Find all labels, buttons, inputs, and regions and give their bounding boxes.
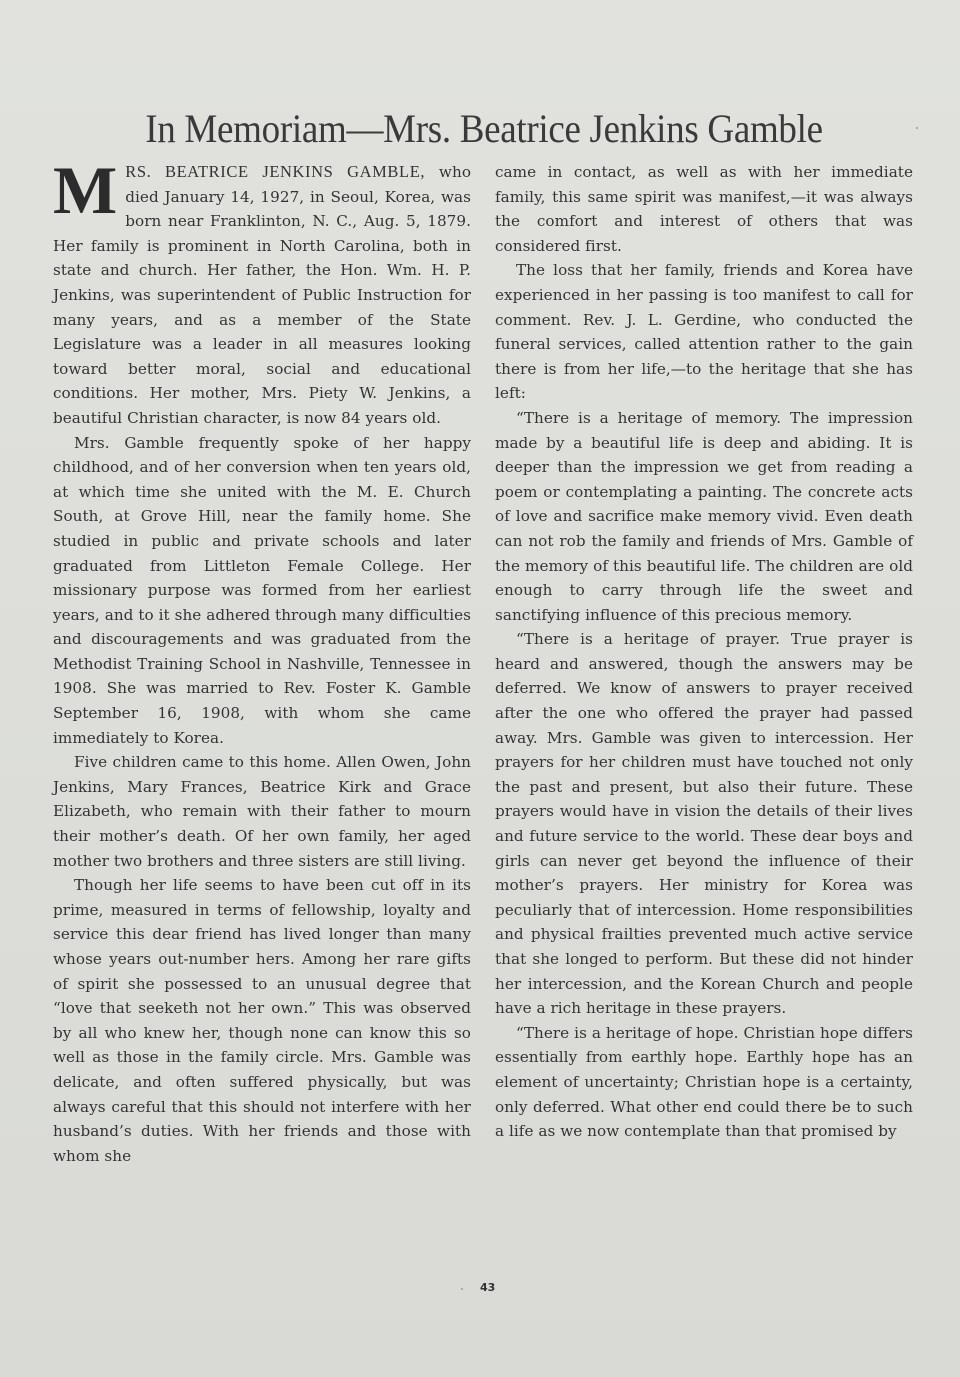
paragraph-children: Five children came to this home. Allen O… (53, 750, 471, 873)
paragraph-character: Though her life seems to have been cut o… (53, 873, 471, 1168)
drop-cap: M (53, 163, 117, 215)
print-speck (916, 127, 918, 129)
article-body: MRS. BEATRICE JENKINS GAMBLE, who died J… (53, 160, 913, 1168)
opening-paragraph: MRS. BEATRICE JENKINS GAMBLE, who died J… (53, 160, 471, 431)
paragraph-continuation: came in contact, as well as with her imm… (495, 160, 913, 258)
paragraph-heritage-hope: “There is a heritage of hope. Christian … (495, 1021, 913, 1144)
article-title: In Memoriam—Mrs. Beatrice Jenkins Gamble (0, 106, 960, 152)
left-column: MRS. BEATRICE JENKINS GAMBLE, who died J… (53, 160, 471, 1168)
lead-caps: RS. BEATRICE JENKINS GAMBLE, (125, 162, 425, 181)
right-column: came in contact, as well as with her imm… (495, 160, 913, 1168)
paragraph-heritage-memory: “There is a heritage of memory. The im­p… (495, 406, 913, 627)
print-speck (461, 1288, 463, 1290)
paragraph-heritage-prayer: “There is a heritage of prayer. True pra… (495, 627, 913, 1021)
paragraph-childhood: Mrs. Gamble frequently spoke of her happ… (53, 431, 471, 751)
page-number: 43 (480, 1281, 495, 1294)
paragraph-loss: The loss that her family, friends and Ko… (495, 258, 913, 406)
document-page: In Memoriam—Mrs. Beatrice Jenkins Gamble… (0, 0, 960, 1377)
